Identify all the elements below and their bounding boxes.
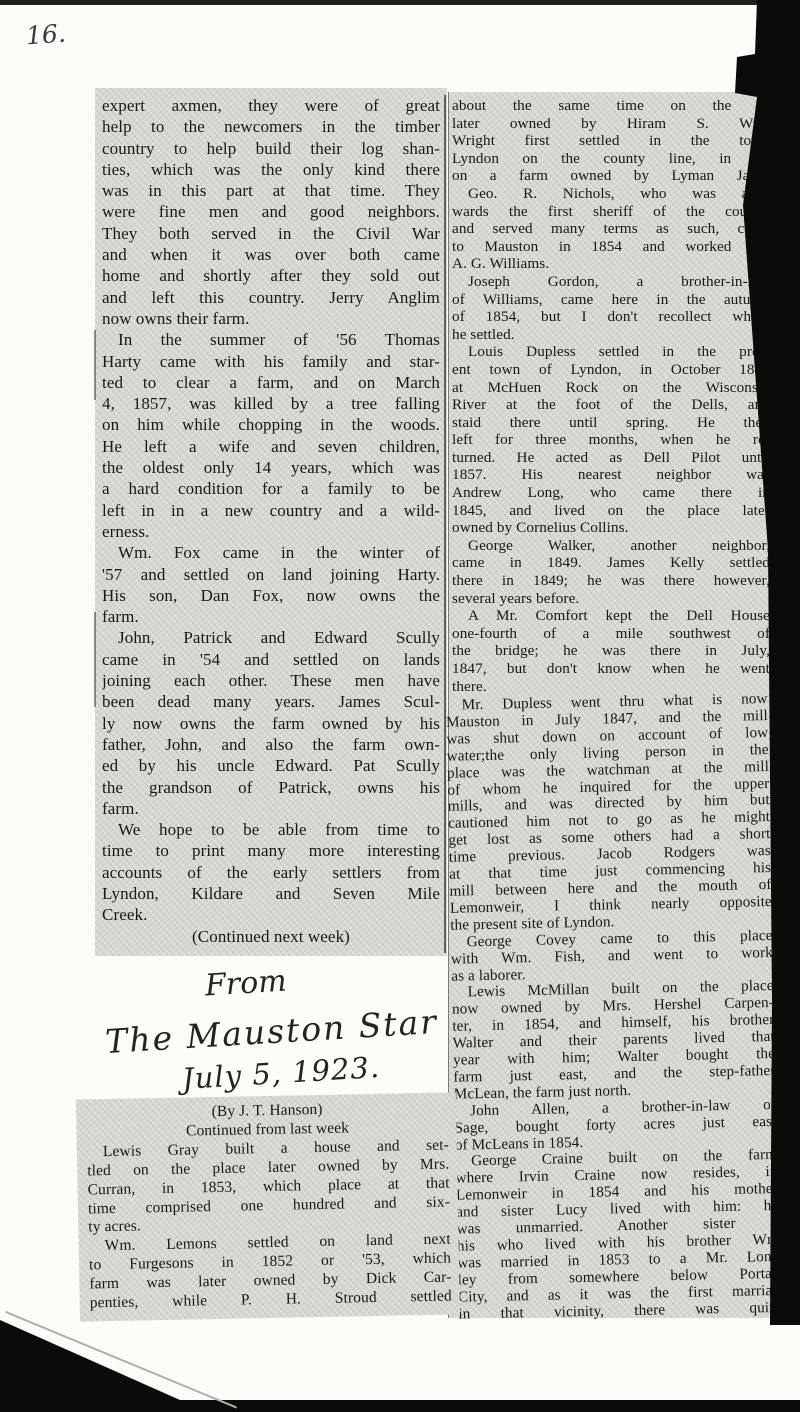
text-line: came in '54 and settled on lands [102, 649, 440, 670]
text-line: accounts of the early settlers from [102, 862, 440, 883]
text-line: and left this country. Jerry Anglim [102, 287, 440, 308]
text-line: ties, which was the only kind there [102, 159, 440, 180]
text-line: Wm. Fox came in the winter of [102, 542, 440, 563]
text-line: His son, Dan Fox, now owns the [102, 585, 440, 606]
text-line: owned by Cornelius Collins. [452, 519, 770, 537]
text-line: there in 1849; he was there however, [452, 572, 770, 590]
text-line: farm. [102, 798, 440, 819]
text-line: Andrew Long, who came there in [452, 484, 770, 502]
text-line: turned. He acted as Dell Pilot until [452, 449, 770, 467]
right-column-upper-text: about the same time on the falater owned… [452, 97, 770, 695]
page-number: 16. [25, 19, 67, 51]
text-line: time to print many more interesting [102, 840, 440, 861]
text-line: Joseph Gordon, a brother-in-law [452, 273, 770, 291]
text-line: 1845, and lived on the place later [452, 502, 770, 520]
text-line: of Williams, came here in the autumn [452, 291, 770, 309]
text-line: help to the newcomers in the timber [102, 116, 440, 137]
text-line: at McHuen Rock on the Wisconsin [452, 379, 770, 397]
text-line: 4, 1857, was killed by a tree falling [102, 393, 440, 414]
handwritten-line-3: July 5, 1923. [181, 1050, 381, 1096]
text-line: was in this part at that time. They [102, 180, 440, 201]
text-line: ent town of Lyndon, in October 1847 [452, 361, 770, 379]
text-line: 1847, but don't know when he went [452, 660, 770, 678]
text-line: about the same time on the fa [452, 97, 770, 115]
text-line: wards the first sheriff of the county, [452, 203, 770, 221]
text-line: George Walker, another neighbor, [452, 537, 770, 555]
text-line: to Mauston in 1854 and worked for [452, 238, 770, 256]
text-line: We hope to be able from time to [102, 819, 440, 840]
text-line: of 1854, but I don't recollect where [452, 308, 770, 326]
column-divider-rule [444, 95, 446, 953]
clipping-edge-line [94, 330, 96, 400]
text-line: father, John, and also the farm own- [102, 734, 440, 755]
text-line: Lyndon, Kildare and Seven Mile [102, 883, 440, 904]
newspaper-clipping-right: about the same time on the falater owned… [448, 92, 776, 1318]
text-line: several years before. [452, 590, 770, 608]
text-line: '57 and settled on land joining Harty. [102, 564, 440, 585]
text-line: came in 1849. James Kelly settled [452, 554, 770, 572]
text-line: Louis Dupless settled in the pres- [452, 343, 770, 361]
handwritten-line-2: The Mauston Star [104, 1002, 439, 1061]
text-line: Geo. R. Nichols, who was after [452, 185, 770, 203]
text-line: he settled. [452, 326, 770, 344]
text-line: country to help build their log shan- [102, 138, 440, 159]
newspaper-clipping-top-left: expert axmen, they were of greathelp to … [95, 88, 447, 956]
bottom-left-column-text: (By J. T. Hanson)Continued from last wee… [86, 1099, 452, 1314]
text-line: Lyndon on the county line, in 18 [452, 150, 770, 168]
text-line: the oldest only 14 years, which was [102, 457, 440, 478]
text-line: ed by his uncle Edward. Pat Scully [102, 755, 440, 776]
text-line: Wright first settled in the town [452, 132, 770, 150]
left-column-text: expert axmen, they were of greathelp to … [102, 95, 440, 947]
scan-edge-top [0, 0, 800, 5]
newspaper-clipping-bottom-left: (By J. T. Hanson)Continued from last wee… [76, 1092, 460, 1321]
text-line: been dead many years. James Scul- [102, 691, 440, 712]
text-line: ted to clear a farm, and on March [102, 372, 440, 393]
clipping-edge-line [94, 612, 96, 707]
text-line: a hard condition for a family to be [102, 478, 440, 499]
text-line: (Continued next week) [102, 926, 440, 947]
text-line: River at the foot of the Dells, and [452, 396, 770, 414]
text-line: left in in a new country and a wild- [102, 500, 440, 521]
text-line: In the summer of '56 Thomas [102, 329, 440, 350]
text-line: the bridge; he was there in July, [452, 642, 770, 660]
text-line: He left a wife and seven children, [102, 436, 440, 457]
text-line: expert axmen, they were of great [102, 95, 440, 116]
text-line: 1857. His nearest neighbor was [452, 466, 770, 484]
text-line: Harty came with his family and star- [102, 351, 440, 372]
text-line: left for three months, when he re- [452, 431, 770, 449]
text-line: A. G. Williams. [452, 255, 770, 273]
text-line: erness. [102, 521, 440, 542]
text-line: later owned by Hiram S. Wrig [452, 115, 770, 133]
text-line: A Mr. Comfort kept the Dell House [452, 607, 770, 625]
scanned-page: 16. expert axmen, they were of greathelp… [0, 0, 800, 1412]
text-line: Creek. [102, 904, 440, 925]
handwritten-line-1: From [204, 964, 288, 1004]
text-line: one-fourth of a mile southwest of [452, 625, 770, 643]
text-line: home and shortly after they sold out [102, 265, 440, 286]
text-line: on him while chopping in the woods. [102, 414, 440, 435]
text-line: farm. [102, 606, 440, 627]
text-line: They both served in the Civil War [102, 223, 440, 244]
text-line: and served many terms as such, came [452, 220, 770, 238]
text-line: joining each other. These men have [102, 670, 440, 691]
text-line: ly now owns the farm owned by his [102, 713, 440, 734]
text-line: the grandson of Patrick, owns his [102, 777, 440, 798]
text-line: staid there until spring. He then [452, 414, 770, 432]
text-line: on a farm owned by Lyman Jacks [452, 167, 770, 185]
right-column-lower-text: Mr. Dupless went thru what is nowMauston… [445, 691, 780, 1323]
text-line: and when it was over both came [102, 244, 440, 265]
text-line: now owns their farm. [102, 308, 440, 329]
text-line: were fine men and good neighbors. [102, 201, 440, 222]
text-line: John, Patrick and Edward Scully [102, 627, 440, 648]
